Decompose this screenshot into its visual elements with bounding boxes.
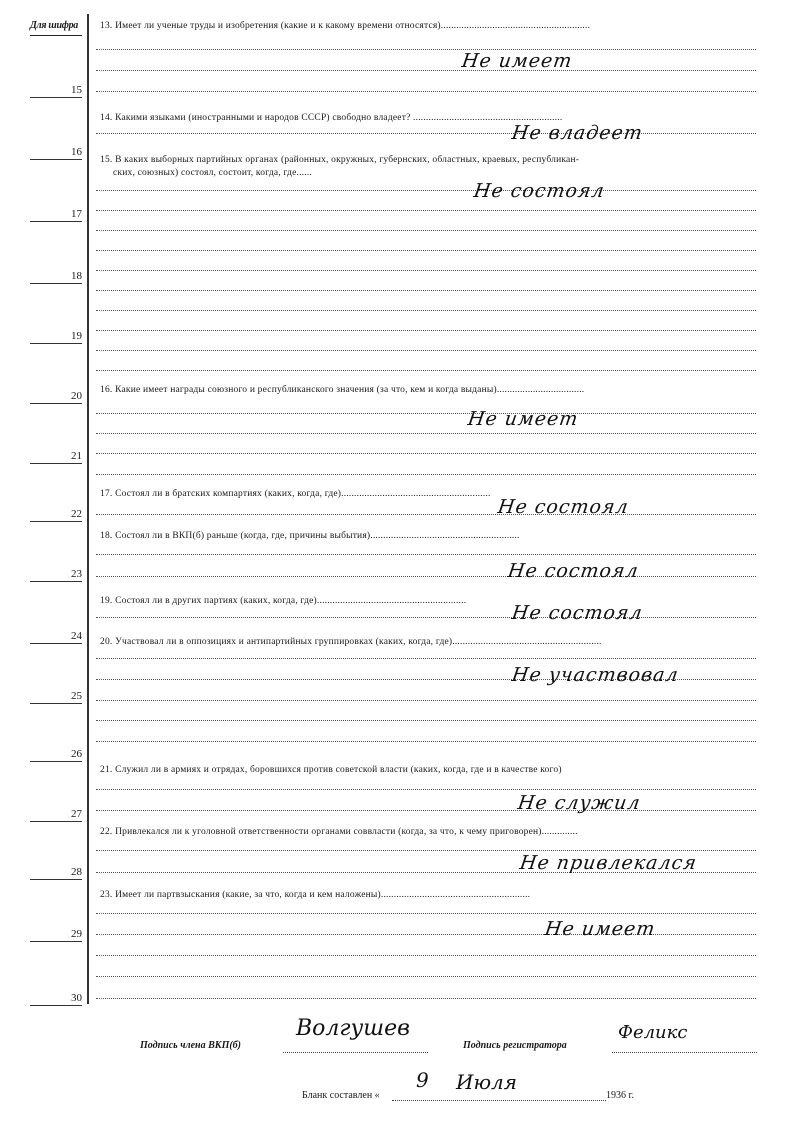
margin-line-number: 15: [30, 84, 82, 98]
answer-19: Не состоял: [510, 602, 644, 624]
answer-13: Не имеет: [460, 50, 573, 72]
margin-line-number: 20: [30, 390, 82, 404]
member-signature-label: Подпись члена ВКП(б): [140, 1040, 241, 1051]
answer-line: [96, 350, 756, 351]
margin-line-number: 25: [30, 690, 82, 704]
answer-line: [96, 720, 756, 721]
answer-line: [96, 330, 756, 331]
question-23: 23. Имеет ли партвзыскания (какие, за чт…: [100, 889, 758, 901]
answer-20: Не участвовал: [510, 664, 680, 686]
margin-line-number: 17: [30, 208, 82, 222]
answer-line: [96, 270, 756, 271]
margin-line-number: 18: [30, 270, 82, 284]
answer-line: [96, 700, 756, 701]
cipher-column-header: Для шифра: [30, 20, 82, 36]
margin-line-number: 27: [30, 808, 82, 822]
answer-line: [96, 554, 756, 555]
answer-22: Не привлекался: [518, 852, 698, 874]
answer-17: Не состоял: [496, 496, 630, 518]
member-signature: Волгушев: [296, 1016, 410, 1041]
answer-line: [96, 998, 756, 999]
answer-line: [96, 433, 756, 434]
question-19: 19. Состоял ли в других партиях (каких, …: [100, 595, 758, 607]
question-20: 20. Участвовал ли в оппозициях и антипар…: [100, 636, 758, 648]
question-15: 15. В каких выборных партийных органах (…: [100, 154, 758, 166]
answer-line: [96, 741, 756, 742]
answer-line: [96, 413, 756, 414]
answer-line: [96, 310, 756, 311]
answer-line: [96, 850, 756, 851]
question-22: 22. Привлекался ли к уголовной ответстве…: [100, 826, 758, 838]
margin-line-number: 30: [30, 992, 82, 1006]
margin-line-number: 28: [30, 866, 82, 880]
answer-line: [96, 91, 756, 92]
question-15-cont: ских, союзных) состоял, состоит, когда, …: [113, 167, 758, 179]
answer-line: [96, 250, 756, 251]
answer-line: [96, 976, 756, 977]
question-14: 14. Какими языками (иностранными и народ…: [100, 112, 758, 124]
answer-line: [96, 370, 756, 371]
answer-line: [96, 934, 756, 935]
date-month: Июля: [456, 1070, 517, 1094]
registrar-signature-line: [612, 1052, 757, 1053]
answer-23: Не имеет: [543, 918, 656, 940]
answer-line: [96, 453, 756, 454]
question-13: 13. Имеет ли ученые труды и изобретения …: [100, 20, 758, 32]
answer-line: [96, 514, 756, 515]
answer-15: Не состоял: [472, 180, 606, 202]
answer-line: [96, 474, 756, 475]
answer-14: Не владеет: [510, 122, 644, 144]
member-signature-line: [283, 1052, 428, 1053]
answer-line: [96, 230, 756, 231]
answer-line: [96, 290, 756, 291]
margin-line-number: 24: [30, 630, 82, 644]
question-21: 21. Служил ли в армиях и отрядах, боровш…: [100, 764, 758, 776]
answer-line: [96, 913, 756, 914]
answer-line: [96, 210, 756, 211]
registrar-signature: Феликс: [618, 1022, 687, 1043]
answer-line: [96, 190, 756, 191]
answer-line: [96, 133, 756, 134]
answer-line: [96, 617, 756, 618]
answer-line: [96, 658, 756, 659]
date-line: [392, 1100, 606, 1101]
margin-line-number: 23: [30, 568, 82, 582]
question-16: 16. Какие имеет награды союзного и респу…: [100, 384, 758, 396]
question-18: 18. Состоял ли в ВКП(б) раньше (когда, г…: [100, 530, 758, 542]
answer-line: [96, 576, 756, 577]
answer-21: Не служил: [516, 792, 642, 814]
answer-line: [96, 49, 756, 50]
margin-divider: [87, 14, 89, 1004]
question-17: 17. Состоял ли в братских компартиях (ка…: [100, 488, 758, 500]
margin-line-number: 19: [30, 330, 82, 344]
margin-line-number: 21: [30, 450, 82, 464]
answer-line: [96, 70, 756, 71]
margin-line-number: 26: [30, 748, 82, 762]
answer-18: Не состоял: [506, 560, 640, 582]
date-day: 9: [416, 1068, 429, 1092]
date-year: 1936 г.: [606, 1090, 634, 1101]
margin-line-number: 22: [30, 508, 82, 522]
answer-line: [96, 810, 756, 811]
margin-line-number: 29: [30, 928, 82, 942]
answer-line: [96, 789, 756, 790]
margin-line-number: 16: [30, 146, 82, 160]
answer-16: Не имеет: [466, 408, 579, 430]
registrar-signature-label: Подпись регистратора: [463, 1040, 567, 1051]
answer-line: [96, 955, 756, 956]
form-completed-label: Бланк составлен «: [302, 1090, 380, 1101]
